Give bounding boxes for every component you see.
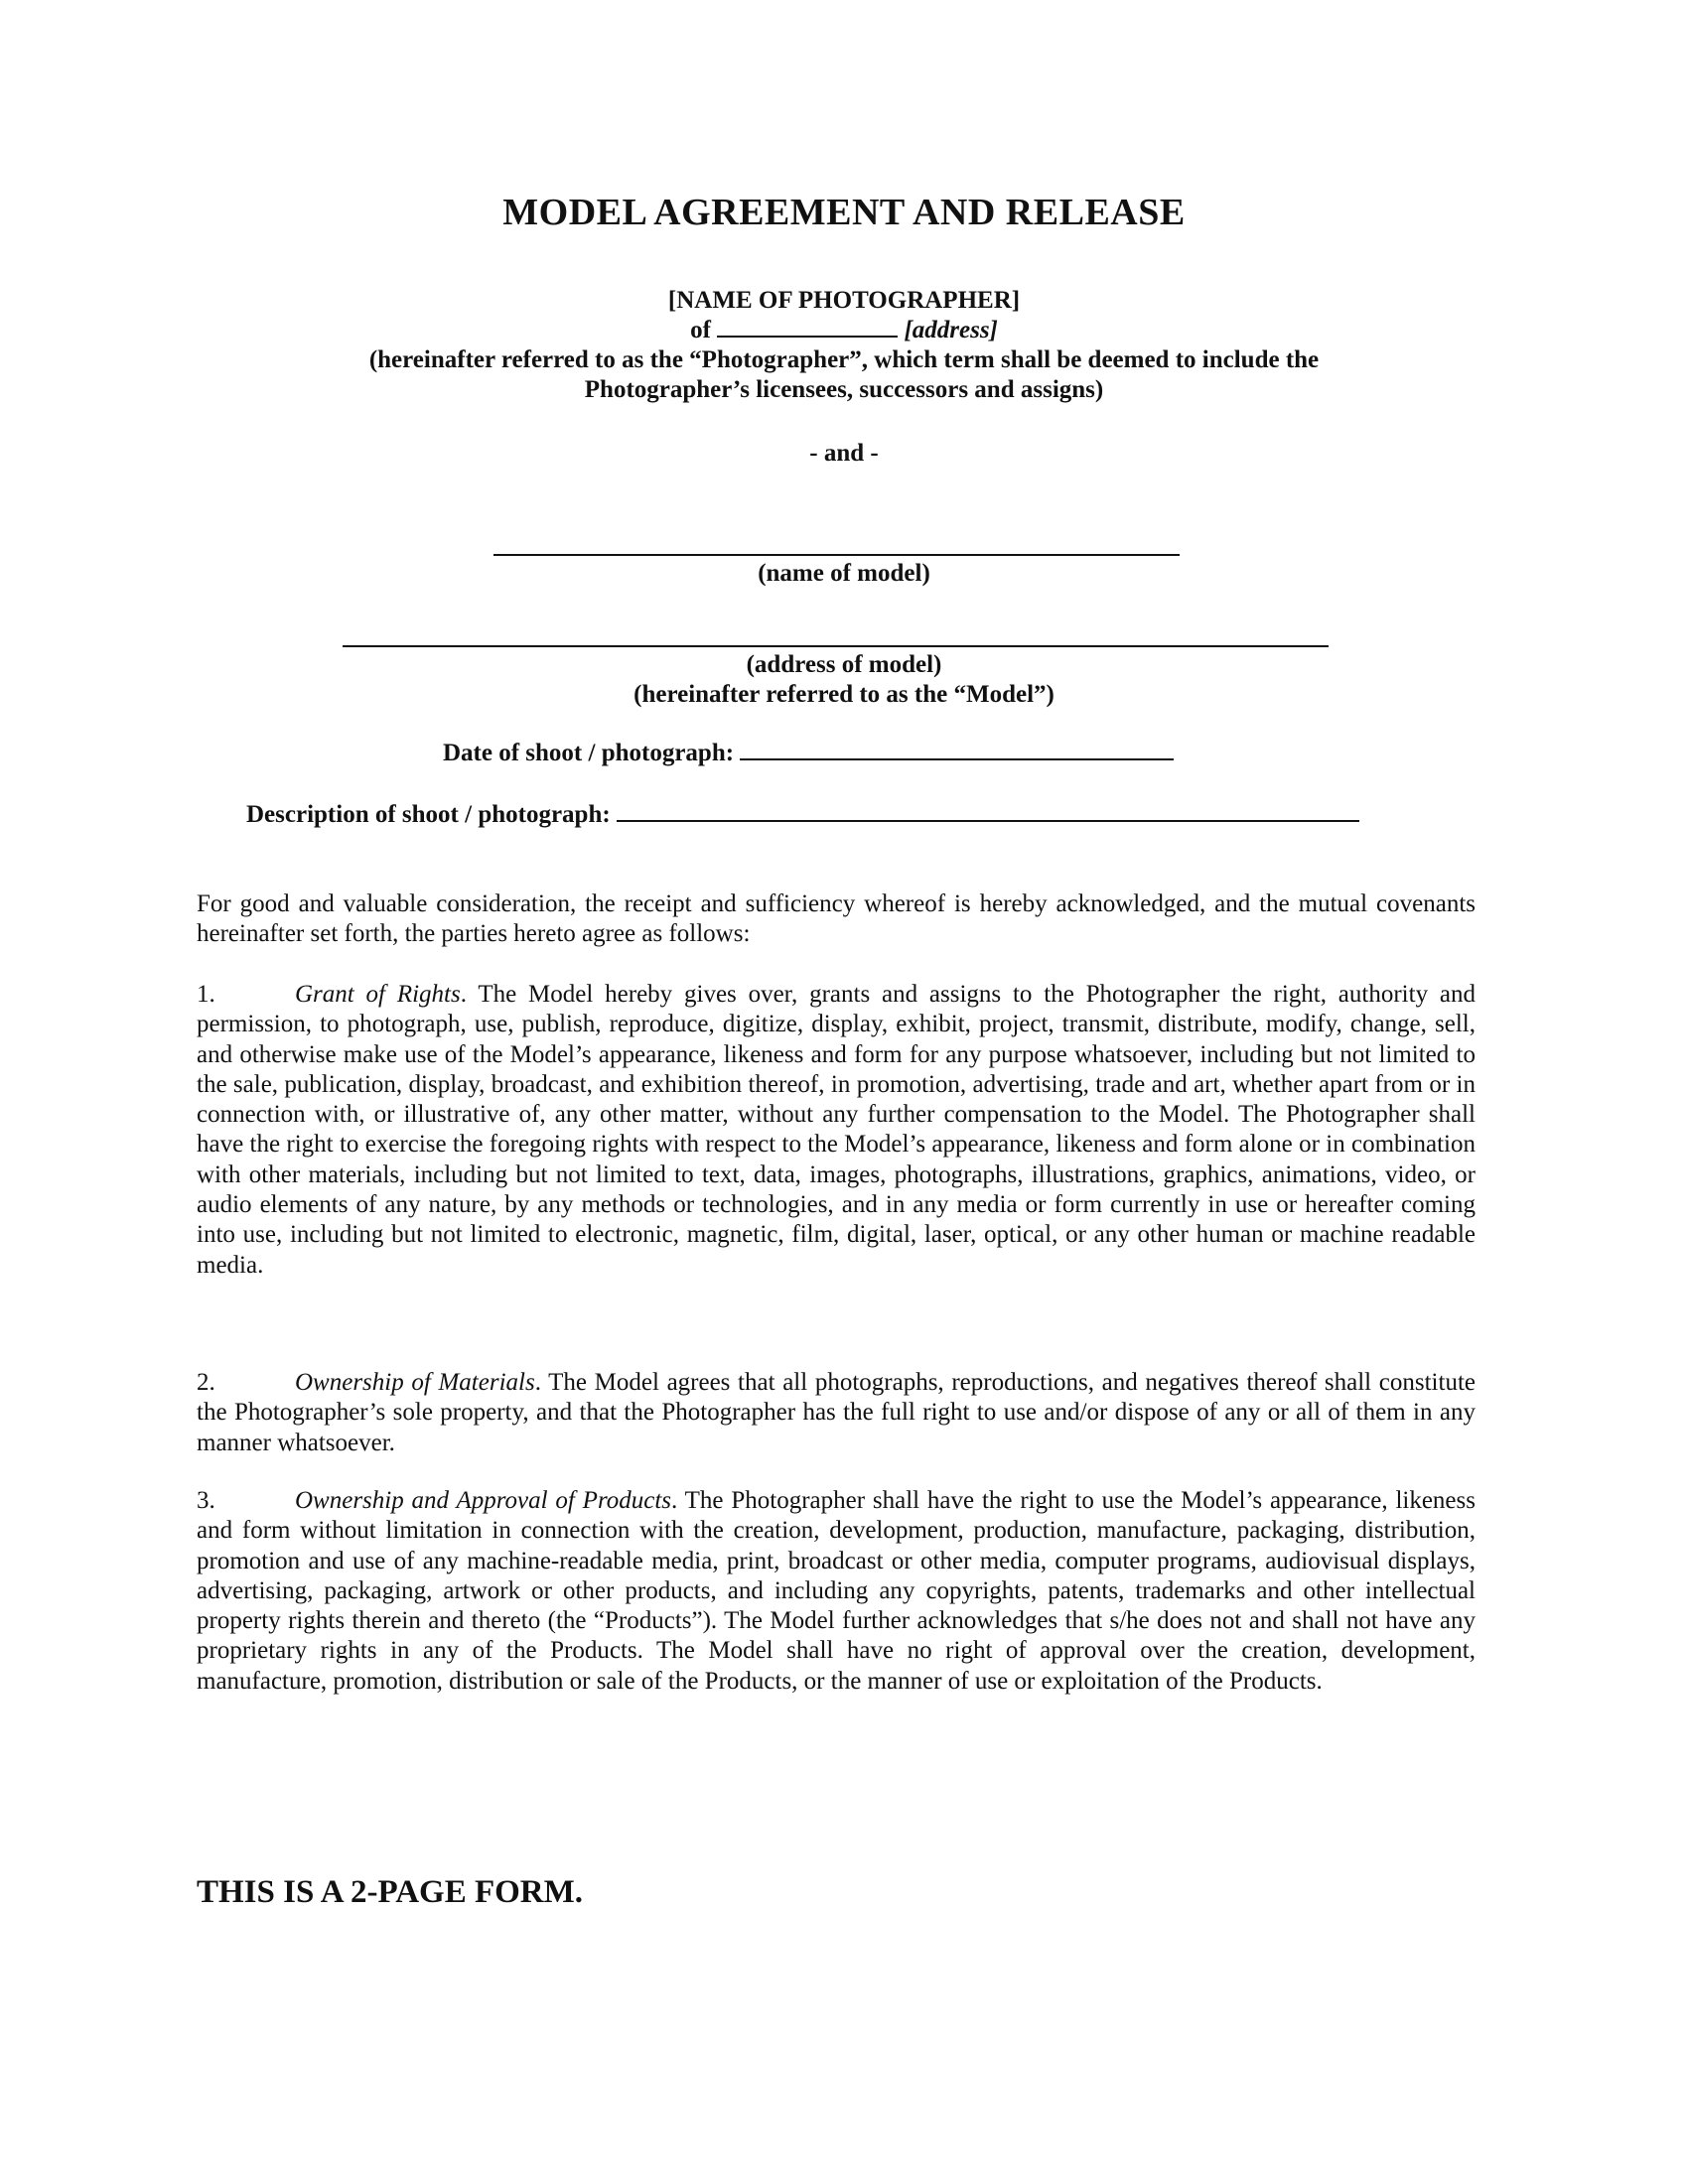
clause-heading: Ownership and Approval of Products	[295, 1487, 671, 1514]
model-address-blank[interactable]	[343, 645, 1329, 647]
description-label: Description of shoot / photograph:	[246, 801, 611, 828]
clause-text: . The Photographer shall have the right …	[197, 1487, 1476, 1695]
intro-paragraph: For good and valuable consideration, the…	[197, 889, 1476, 950]
of-label: of	[690, 317, 711, 343]
photographer-block: [NAME OF PHOTOGRAPHER] of [address] (her…	[0, 286, 1688, 405]
photographer-hereinafter-1: (hereinafter referred to as the “Photogr…	[0, 345, 1688, 375]
clause-heading: Grant of Rights	[295, 981, 461, 1008]
model-address-label: (address of model)	[0, 650, 1688, 680]
clause-number: 3.	[197, 1486, 295, 1516]
date-field: Date of shoot / photograph:	[443, 740, 1174, 767]
photographer-address-line: of [address]	[0, 316, 1688, 345]
clause-number: 2.	[197, 1368, 295, 1398]
model-name-blank[interactable]	[493, 554, 1180, 556]
description-input[interactable]	[617, 819, 1359, 822]
document-title: MODEL AGREEMENT AND RELEASE	[0, 191, 1688, 234]
clause-text: . The Model hereby gives over, grants an…	[197, 981, 1476, 1279]
photographer-hereinafter-2: Photographer’s licensees, successors and…	[0, 375, 1688, 405]
and-separator: - and -	[0, 439, 1688, 469]
date-label: Date of shoot / photograph:	[443, 740, 734, 766]
model-hereinafter: (hereinafter referred to as the “Model”)	[0, 680, 1688, 710]
page-count-notice: THIS IS A 2-PAGE FORM.	[197, 1874, 583, 1911]
clause-heading: Ownership of Materials	[295, 1369, 535, 1396]
photographer-name-placeholder: [NAME OF PHOTOGRAPHER]	[0, 286, 1688, 316]
clause-3: 3.Ownership and Approval of Products. Th…	[197, 1486, 1476, 1697]
description-field: Description of shoot / photograph:	[246, 801, 1359, 829]
address-placeholder: [address]	[904, 317, 997, 343]
clause-number: 1.	[197, 980, 295, 1010]
clause-2: 2.Ownership of Materials. The Model agre…	[197, 1368, 1476, 1458]
model-name-label: (name of model)	[0, 559, 1688, 589]
clause-1: 1.Grant of Rights. The Model hereby give…	[197, 980, 1476, 1281]
photographer-address-blank[interactable]	[717, 335, 898, 338]
date-input[interactable]	[740, 757, 1174, 760]
